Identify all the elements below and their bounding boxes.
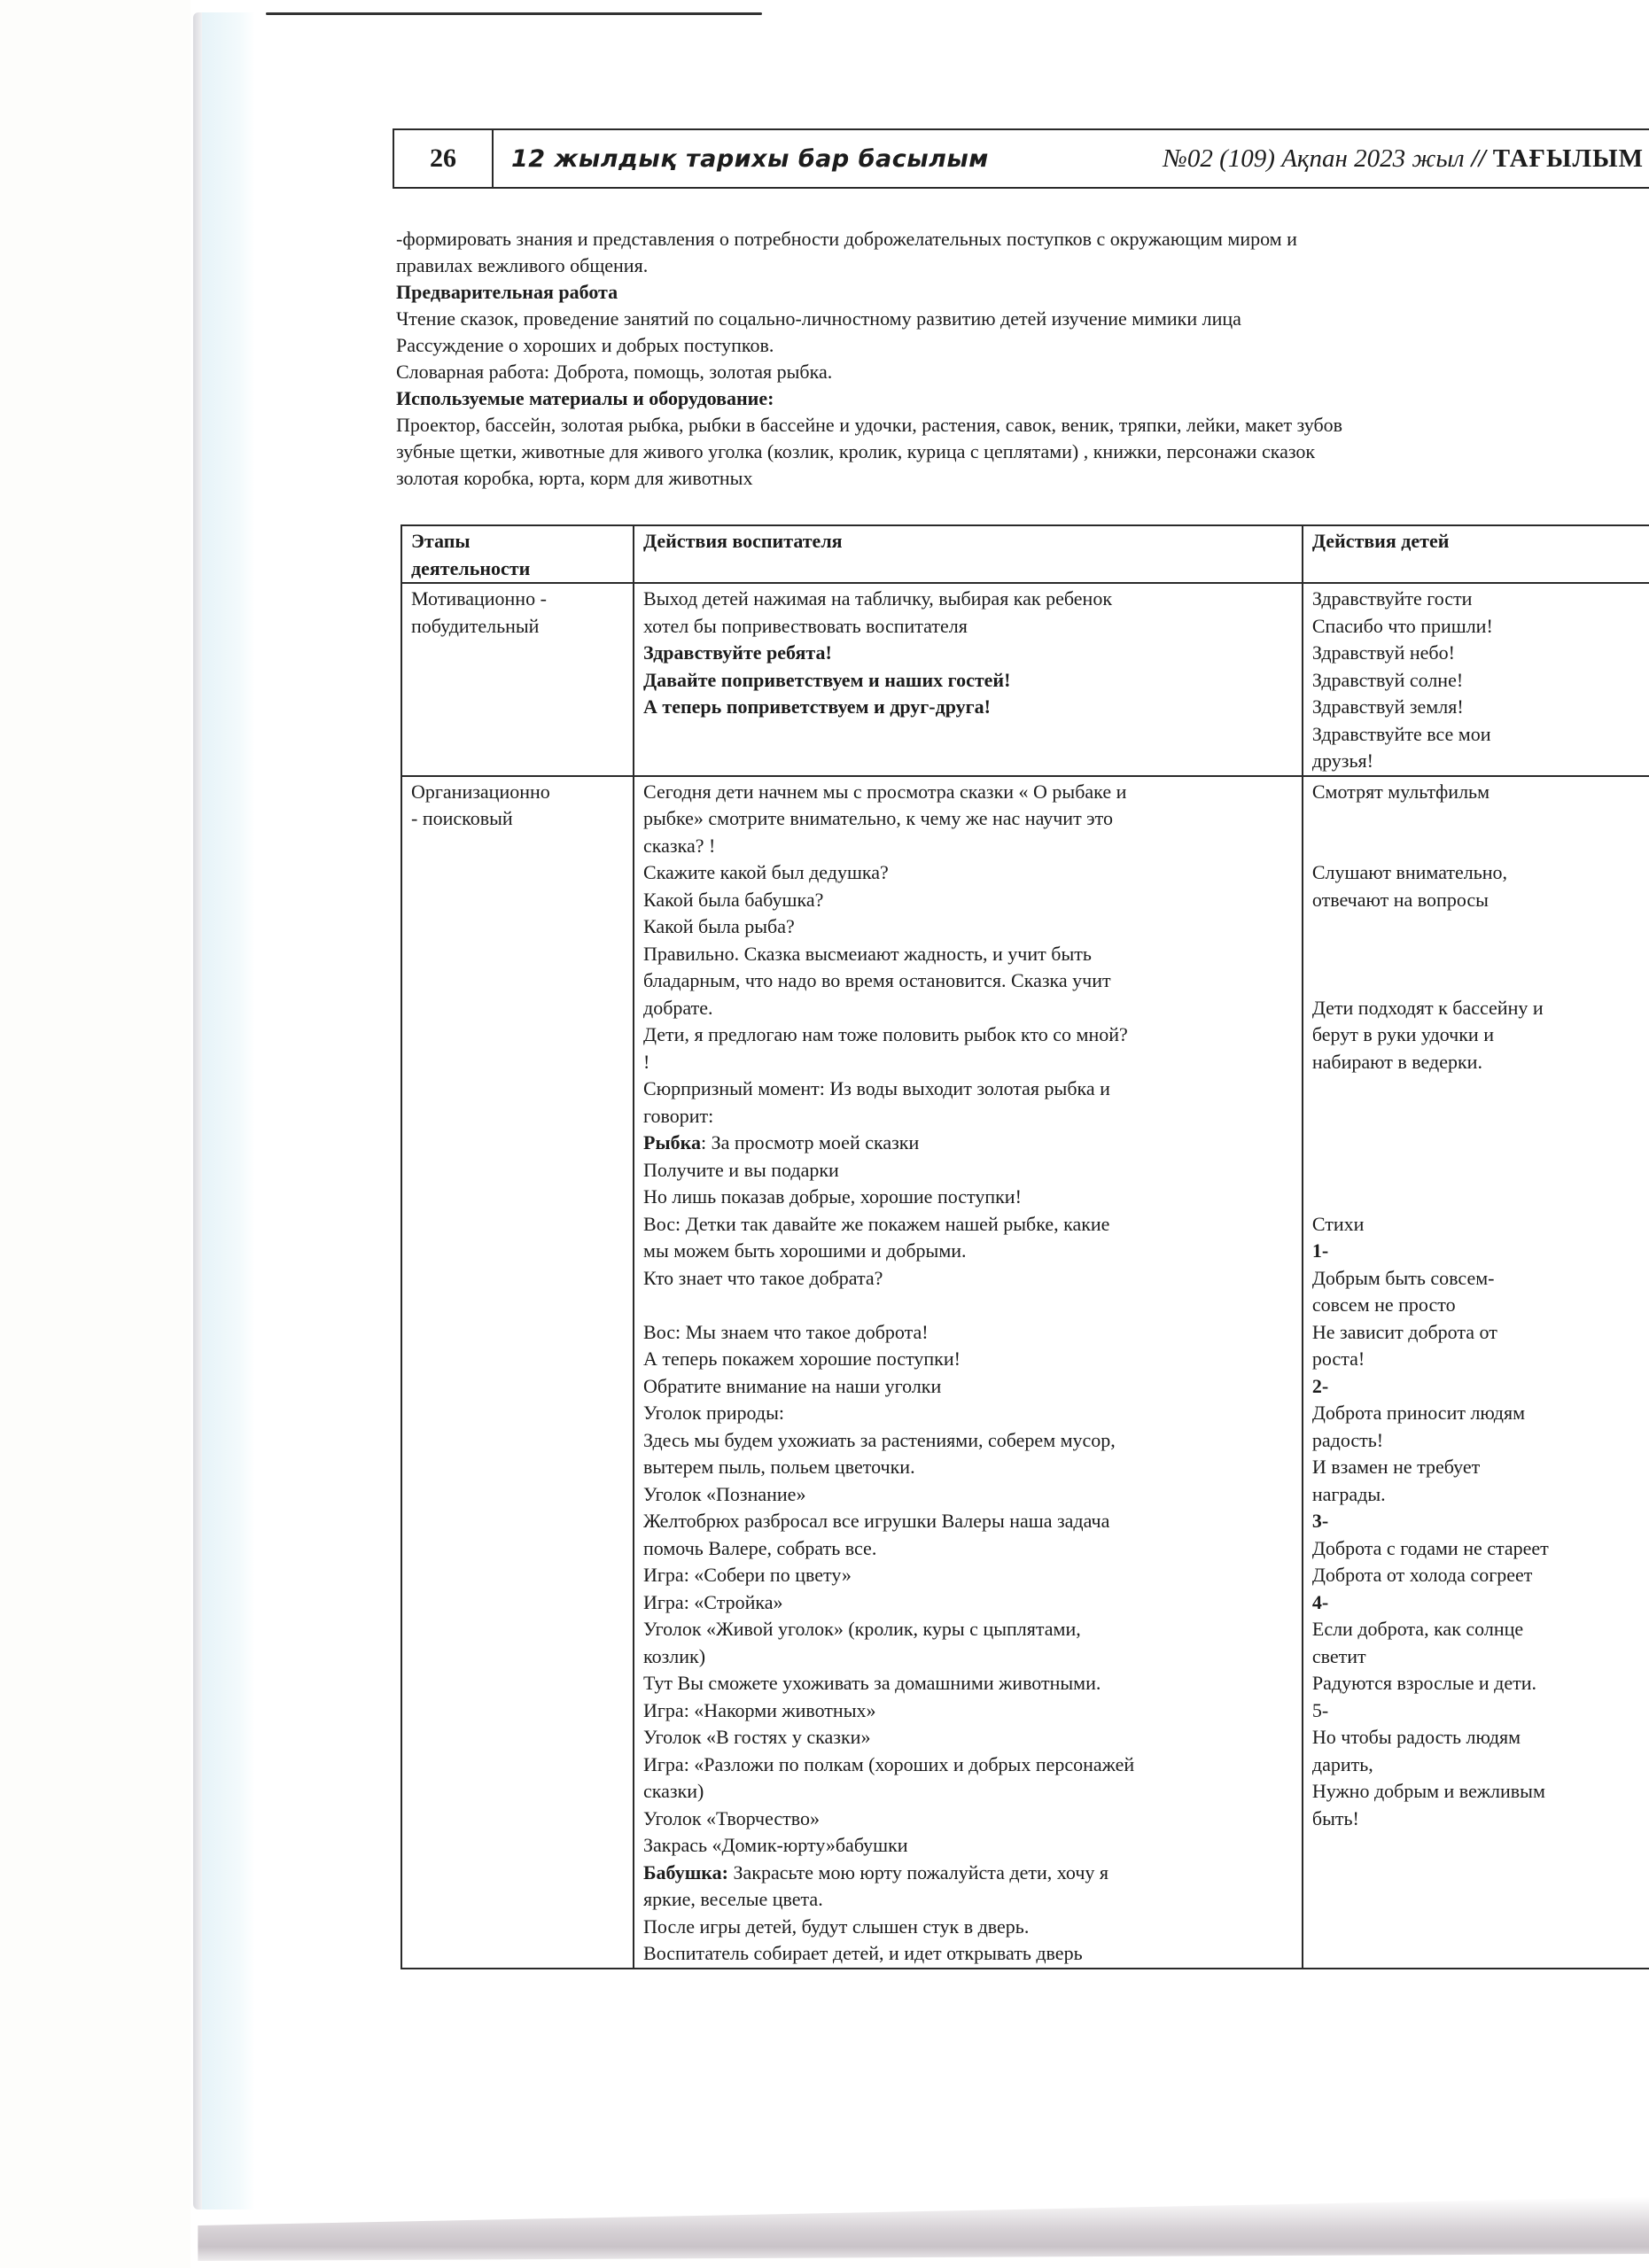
teacher-action-line: Выход детей нажимая на табличку, выбирая…: [643, 586, 1293, 613]
header-children: Действия детей: [1303, 525, 1649, 583]
stage-cell: Организационно- поисковый: [401, 776, 634, 1969]
teacher-action-line: Закрась «Домик-юрту»бабушки: [643, 1832, 1293, 1860]
children-action-line: радость!: [1312, 1427, 1640, 1455]
scan-left-margin: [0, 0, 191, 2268]
children-action-line: Здравствуй земля!: [1312, 694, 1640, 721]
blank-line: [1312, 1130, 1640, 1157]
blank-line: [1312, 967, 1640, 995]
publication-name: ТАҒЫЛЫМ: [1493, 144, 1644, 173]
page-edge: [193, 12, 202, 2210]
teacher-action-line: хотел бы попривествовать воспитателя: [643, 613, 1293, 641]
teacher-action-line: вытерем пыль, польем цветочки.: [643, 1454, 1293, 1481]
teacher-action-line: Уголок «Познание»: [643, 1481, 1293, 1509]
table-header-row: Этапы деятельности Действия воспитателя …: [401, 525, 1649, 583]
children-action-line: быть!: [1312, 1806, 1640, 1833]
speaker-text: Закрасьте мою юрту пожалуйста дети, хочу…: [728, 1861, 1108, 1884]
children-action-line: Здравствуй небо!: [1312, 640, 1640, 667]
teacher-action-line: Игра: «Собери по цвету»: [643, 1562, 1293, 1589]
children-action-line: набирают в ведерки.: [1312, 1049, 1640, 1076]
children-action-line: Смотрят мультфильм: [1312, 779, 1640, 806]
children-action-line: Доброта с годами не стареет: [1312, 1535, 1640, 1563]
children-action-line: награды.: [1312, 1481, 1640, 1509]
teacher-action-line: бладарным, что надо во время остановится…: [643, 967, 1293, 995]
teacher-action-line: Но лишь показав добрые, хорошие поступки…: [643, 1184, 1293, 1211]
goal-line: -формировать знания и представления о по…: [396, 226, 1649, 252]
teacher-action-line: Желтобрюх разбросал все игрушки Валеры н…: [643, 1508, 1293, 1535]
children-action-line: Но чтобы радость людям: [1312, 1724, 1640, 1751]
speaker-text: : За просмотр моей сказки: [701, 1131, 919, 1153]
teacher-action-line: Воспитатель собирает детей, и идет откры…: [643, 1940, 1293, 1968]
stage-cell: Мотивационно -побудительный: [401, 583, 634, 776]
teacher-action-line: Здесь мы будем ухожиать за растениями, с…: [643, 1427, 1293, 1455]
teacher-action-line: Кто знает что такое добрата?: [643, 1265, 1293, 1293]
teacher-action-line: Давайте поприветствуем и наших гостей!: [643, 667, 1293, 695]
teacher-action-line: Игра: «Накорми животных»: [643, 1697, 1293, 1725]
teacher-action-line: Тут Вы сможете ухоживать за домашними жи…: [643, 1670, 1293, 1697]
teacher-action-line: А теперь покажем хорошие поступки!: [643, 1346, 1293, 1373]
children-action-line: берут в руки удочки и: [1312, 1021, 1640, 1049]
teacher-action-line: сказки): [643, 1778, 1293, 1806]
teacher-action-line: Уголок «В гостях у сказки»: [643, 1724, 1293, 1751]
children-actions: Смотрят мультфильмСлушают внимательно,от…: [1312, 779, 1640, 1833]
speaker-label: Рыбка: [643, 1131, 701, 1153]
blank-line: [1312, 1184, 1640, 1211]
materials-heading: Используемые материалы и оборудование:: [396, 385, 1649, 412]
children-action-line: И взамен не требует: [1312, 1454, 1640, 1481]
blank-line: [1312, 941, 1640, 968]
stage-text: Организационно: [411, 779, 624, 806]
table-row: Мотивационно -побудительныйВыход детей н…: [401, 583, 1649, 776]
children-action-line: Радуются взрослые и дети.: [1312, 1670, 1640, 1697]
children-action-line: Здравствуйте гости: [1312, 586, 1640, 613]
teacher-actions-cell: Сегодня дети начнем мы с просмотра сказк…: [634, 776, 1303, 1969]
children-action-line: Здравствуйте все мои: [1312, 721, 1640, 749]
children-action-line: 2-: [1312, 1373, 1640, 1401]
intro-text: -формировать знания и представления о по…: [396, 226, 1649, 492]
children-action-line: Стихи: [1312, 1211, 1640, 1239]
teacher-action-line: А теперь поприветствуем и друг-друга!: [643, 694, 1293, 721]
children-action-line: дарить,: [1312, 1751, 1640, 1779]
teacher-action-line: Уголок «Живой уголок» (кролик, куры с цы…: [643, 1616, 1293, 1643]
children-action-line: Слушают внимательно,: [1312, 859, 1640, 887]
children-actions-cell: Смотрят мультфильмСлушают внимательно,от…: [1303, 776, 1649, 1969]
teacher-action-line: Сегодня дети начнем мы с просмотра сказк…: [643, 779, 1293, 806]
teacher-action-line: !: [643, 1049, 1293, 1076]
teacher-action-line: помочь Валере, собрать все.: [643, 1535, 1293, 1563]
teacher-action-line: мы можем быть хорошими и добрыми.: [643, 1238, 1293, 1265]
teacher-action-line: Правильно. Сказка высмеиают жадность, и …: [643, 941, 1293, 968]
stage-text: побудительный: [411, 613, 624, 641]
children-actions: Здравствуйте гостиСпасибо что пришли!Здр…: [1312, 586, 1640, 775]
children-action-line: Если доброта, как солнце: [1312, 1616, 1640, 1643]
preliminary-line: Рассуждение о хороших и добрых поступков…: [396, 332, 1649, 359]
children-action-line: отвечают на вопросы: [1312, 887, 1640, 914]
materials-line: Проектор, бассейн, золотая рыбка, рыбки …: [396, 412, 1649, 439]
teacher-action-line: Рыбка: За просмотр моей сказки: [643, 1130, 1293, 1157]
teacher-action-line: рыбке» смотрите внимательно, к чему же н…: [643, 805, 1293, 833]
children-action-line: 1-: [1312, 1238, 1640, 1265]
blank-line: [1312, 913, 1640, 941]
stage-text: Мотивационно -: [411, 586, 624, 613]
teacher-action-line: Игра: «Разложи по полкам (хороших и добр…: [643, 1751, 1293, 1779]
blank-line: [1312, 833, 1640, 860]
header-separator: //: [1472, 144, 1486, 173]
blank-line: [1312, 805, 1640, 833]
children-action-line: роста!: [1312, 1346, 1640, 1373]
materials-line: зубные щетки, животные для живого уголка…: [396, 439, 1649, 465]
header-teacher: Действия воспитателя: [634, 525, 1303, 583]
teacher-action-line: сказка? !: [643, 833, 1293, 860]
children-action-line: 3-: [1312, 1508, 1640, 1535]
preliminary-line: Чтение сказок, проведение занятий по соц…: [396, 306, 1649, 332]
speaker-label: Бабушка:: [643, 1861, 728, 1884]
header-stage-line: деятельности: [411, 555, 624, 583]
publication-tagline: 12 жылдық тарихы бар басылым: [494, 145, 1163, 173]
teacher-action-line: Скажите какой был дедушка?: [643, 859, 1293, 887]
teacher-action-line: Уголок «Творчество»: [643, 1806, 1293, 1833]
children-action-line: Здравствуй солне!: [1312, 667, 1640, 695]
teacher-action-line: Здравствуйте ребята!: [643, 640, 1293, 667]
children-action-line: Добрым быть совсем-: [1312, 1265, 1640, 1293]
teacher-action-line: Игра: «Стройка»: [643, 1589, 1293, 1617]
running-header: 26 12 жылдық тарихы бар басылым №02 (109…: [393, 128, 1649, 189]
teacher-action-line: козлик): [643, 1643, 1293, 1671]
blank-line: [643, 1292, 1293, 1319]
blank-line: [1312, 1103, 1640, 1130]
teacher-action-line: Обратите внимание на наши уголки: [643, 1373, 1293, 1401]
table-row: Организационно- поисковыйСегодня дети на…: [401, 776, 1649, 1969]
blank-line: [1312, 1076, 1640, 1103]
issue-number: №02 (109) Ақпан 2023 жыл: [1163, 144, 1465, 173]
teacher-action-line: Сюрпризный момент: Из воды выходит золот…: [643, 1076, 1293, 1103]
scan-top-edge: [266, 12, 762, 15]
children-action-line: Не зависит доброта от: [1312, 1319, 1640, 1347]
teacher-actions-cell: Выход детей нажимая на табличку, выбирая…: [634, 583, 1303, 776]
children-action-line: друзья!: [1312, 748, 1640, 775]
teacher-action-line: Вос: Детки так давайте же покажем нашей …: [643, 1211, 1293, 1239]
teacher-action-line: Какой была бабушка?: [643, 887, 1293, 914]
materials-line: золотая коробка, юрта, корм для животных: [396, 465, 1649, 492]
children-action-line: совсем не просто: [1312, 1292, 1640, 1319]
teacher-action-line: Получите и вы подарки: [643, 1157, 1293, 1184]
teacher-action-line: После игры детей, будут слышен стук в дв…: [643, 1914, 1293, 1941]
children-action-line: Дети подходят к бассейну и: [1312, 995, 1640, 1022]
stage-text: - поисковый: [411, 805, 624, 833]
children-action-line: Нужно добрым и вежливым: [1312, 1778, 1640, 1806]
children-action-line: светит: [1312, 1643, 1640, 1671]
preliminary-heading: Предварительная работа: [396, 279, 1649, 306]
teacher-action-line: Дети, я предлогаю нам тоже половить рыбо…: [643, 1021, 1293, 1049]
children-action-line: 5-: [1312, 1697, 1640, 1725]
header-stage: Этапы деятельности: [401, 525, 634, 583]
issue-info: №02 (109) Ақпан 2023 жыл//ТАҒЫЛЫМ: [1163, 144, 1649, 174]
children-action-line: Доброта приносит людям: [1312, 1400, 1640, 1427]
teacher-action-line: говорит:: [643, 1103, 1293, 1130]
vocabulary-line: Словарная работа: Доброта, помощь, золот…: [396, 359, 1649, 385]
goal-line: правилах вежливого общения.: [396, 252, 1649, 279]
header-stage-line: Этапы: [411, 528, 624, 555]
decorative-left-strip: [202, 12, 255, 2210]
children-actions-cell: Здравствуйте гостиСпасибо что пришли!Здр…: [1303, 583, 1649, 776]
teacher-action-line: Бабушка: Закрасьте мою юрту пожалуйста д…: [643, 1860, 1293, 1887]
children-action-line: 4-: [1312, 1589, 1640, 1617]
page-number: 26: [394, 130, 494, 187]
teacher-action-line: Какой была рыба?: [643, 913, 1293, 941]
teacher-action-line: яркие, веселые цвета.: [643, 1886, 1293, 1914]
children-action-line: Спасибо что пришли!: [1312, 613, 1640, 641]
lesson-table: Этапы деятельности Действия воспитателя …: [401, 524, 1649, 1969]
teacher-action-line: добрате.: [643, 995, 1293, 1022]
blank-line: [1312, 1157, 1640, 1184]
children-action-line: Доброта от холода согреет: [1312, 1562, 1640, 1589]
teacher-action-line: Вос: Мы знаем что такое доброта!: [643, 1319, 1293, 1347]
teacher-action-line: Уголок природы:: [643, 1400, 1293, 1427]
